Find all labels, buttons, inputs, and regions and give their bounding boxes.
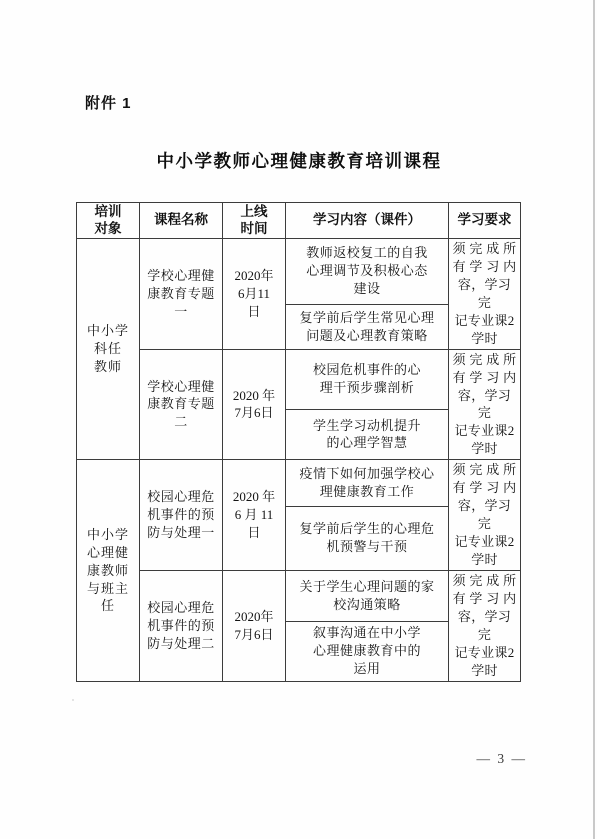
course-name-cell: 学校心理健 康教育专题 二	[140, 349, 223, 460]
table-row: 学校心理健 康教育专题 二 2020 年 7月6日 校园危机事件的心 理干预步骤…	[77, 349, 521, 409]
requirement-cell: 须 完 成 所 有 学 习 内 容，学习完 记专业课2 学时	[449, 570, 521, 681]
table-row: 中小学 心理健 康教师 与班主 任 校园心理危 机事件的预 防与处理一 2020…	[77, 460, 521, 506]
header-learning-content: 学习内容（课件）	[286, 203, 449, 239]
learning-content-cell: 教师返校复工的自我 心理调节及积极心态 建设	[286, 239, 449, 305]
learning-content-cell: 校园危机事件的心 理干预步骤剖析	[286, 349, 449, 409]
header-course-name: 课程名称	[140, 203, 223, 239]
table-row: 校园心理危 机事件的预 防与处理二 2020年 7月6日 关于学生心理问题的家 …	[77, 570, 521, 621]
requirement-cell: 须 完 成 所 有 学 习 内 容，学习完 记专业课2 学时	[449, 239, 521, 350]
online-date-cell: 2020 年 7月6日	[223, 349, 286, 460]
training-course-table: 培训 对象 课程名称 上线 时间 学习内容（课件） 学习要求 中小学 科任 教师…	[76, 202, 521, 682]
table-header-row: 培训 对象 课程名称 上线 时间 学习内容（课件） 学习要求	[77, 203, 521, 239]
learning-content-cell: 复学前后学生常见心理 问题及心理教育策略	[286, 304, 449, 349]
attachment-label: 附件 1	[85, 92, 132, 113]
document-title: 中小学教师心理健康教育培训课程	[76, 148, 522, 173]
scan-dust-speck	[72, 699, 74, 701]
learning-content-cell: 关于学生心理问题的家 校沟通策略	[286, 570, 449, 621]
requirement-cell: 须 完 成 所 有 学 习 内 容，学习完 记专业课2 学时	[449, 349, 521, 460]
online-date-cell: 2020 年 6 月 11 日	[223, 460, 286, 571]
page-scan-edge	[593, 0, 595, 839]
course-name-cell: 校园心理危 机事件的预 防与处理二	[140, 570, 223, 681]
header-training-audience: 培训 对象	[77, 203, 140, 239]
audience-cell-subject-teachers: 中小学 科任 教师	[77, 239, 140, 460]
learning-content-cell: 疫情下如何加强学校心 理健康教育工作	[286, 460, 449, 506]
requirement-cell: 须 完 成 所 有 学 习 内 容，学习完 记专业课2 学时	[449, 460, 521, 571]
audience-cell-psychology-teachers: 中小学 心理健 康教师 与班主 任	[77, 460, 140, 682]
online-date-cell: 2020年 6月11 日	[223, 239, 286, 350]
online-date-cell: 2020年 7月6日	[223, 570, 286, 681]
header-learning-requirement: 学习要求	[449, 203, 521, 239]
course-name-cell: 学校心理健 康教育专题 一	[140, 239, 223, 350]
learning-content-cell: 复学前后学生的心理危 机预警与干预	[286, 506, 449, 570]
learning-content-cell: 叙事沟通在中小学 心理健康教育中的 运用	[286, 621, 449, 681]
learning-content-cell: 学生学习动机提升 的心理学智慧	[286, 409, 449, 460]
table-row: 中小学 科任 教师 学校心理健 康教育专题 一 2020年 6月11 日 教师返…	[77, 239, 521, 305]
page-number: — 3 —	[477, 751, 528, 767]
course-name-cell: 校园心理危 机事件的预 防与处理一	[140, 460, 223, 571]
header-online-date: 上线 时间	[223, 203, 286, 239]
